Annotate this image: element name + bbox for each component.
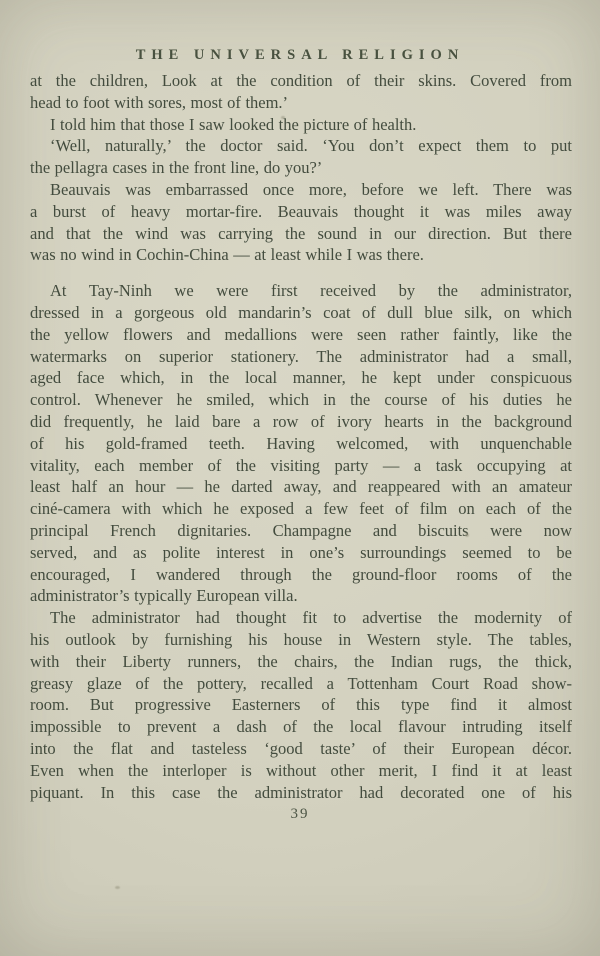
text-line: into the flat and tasteless ‘good taste’…	[30, 738, 572, 760]
text-line: was no wind in Cochin-China — at least w…	[30, 244, 572, 266]
book-page-scan: THE UNIVERSAL RELIGION at the children, …	[0, 0, 600, 956]
text-line: his outlook by furnishing his house in W…	[30, 629, 572, 651]
text-line: did frequently, he laid bare a row of iv…	[30, 411, 572, 433]
text-line: and that the wind was carrying the sound…	[30, 223, 572, 245]
text-line: least half an hour — he darted away, and…	[30, 476, 572, 498]
text-line: administrator’s typically European villa…	[30, 585, 572, 607]
text-line: dressed in a gorgeous old mandarin’s coa…	[30, 302, 572, 324]
paper-speck	[281, 116, 285, 119]
text-line: head to foot with sores, most of them.’	[30, 92, 572, 114]
paragraph: ‘Well, naturally,’ the doctor said. ‘You…	[30, 135, 572, 179]
text-line: vitality, each member of the visiting pa…	[30, 455, 572, 477]
text-line: ciné-camera with which he exposed a few …	[30, 498, 572, 520]
paragraph: The administrator had thought fit to adv…	[30, 607, 572, 803]
text-line: Even when the interloper is without othe…	[30, 760, 572, 782]
page-number: 39	[0, 806, 600, 823]
text-line: impossible to prevent a dash of the loca…	[30, 716, 572, 738]
paper-speck	[465, 533, 469, 537]
text-line: encouraged, I wandered through the groun…	[30, 564, 572, 586]
text-line: served, and as polite interest in one’s …	[30, 542, 572, 564]
text-line: the yellow flowers and medallions were s…	[30, 324, 572, 346]
paragraph: at the children, Look at the condition o…	[30, 70, 572, 114]
paragraph: Beauvais was embarrassed once more, befo…	[30, 179, 572, 266]
text-line: a burst of heavy mortar-fire. Beauvais t…	[30, 201, 572, 223]
text-line: greasy glaze of the pottery, recalled a …	[30, 673, 572, 695]
text-line: of his gold-framed teeth. Having welcome…	[30, 433, 572, 455]
text-line: with their Liberty runners, the chairs, …	[30, 651, 572, 673]
text-line: the pellagra cases in the front line, do…	[30, 157, 572, 179]
text-line: room. But progressive Easterners of this…	[30, 694, 572, 716]
text-line: principal French dignitaries. Champagne …	[30, 520, 572, 542]
text-line: aged face which, in the local manner, he…	[30, 367, 572, 389]
text-line: The administrator had thought fit to adv…	[30, 607, 572, 629]
text-line: piquant. In this case the administrator …	[30, 782, 572, 804]
text-line: ‘Well, naturally,’ the doctor said. ‘You…	[30, 135, 572, 157]
text-line: watermarks on superior stationery. The a…	[30, 346, 572, 368]
text-line: At Tay-Ninh we were first received by th…	[30, 280, 572, 302]
running-header: THE UNIVERSAL RELIGION	[0, 47, 600, 64]
text-line: control. Whenever he smiled, which in th…	[30, 389, 572, 411]
text-block: at the children, Look at the condition o…	[30, 70, 572, 803]
text-line: I told him that those I saw looked the p…	[30, 114, 572, 136]
paper-speck	[115, 886, 120, 889]
text-line: at the children, Look at the condition o…	[30, 70, 572, 92]
paragraph: I told him that those I saw looked the p…	[30, 114, 572, 136]
text-line: Beauvais was embarrassed once more, befo…	[30, 179, 572, 201]
paragraph: At Tay-Ninh we were first received by th…	[30, 280, 572, 607]
